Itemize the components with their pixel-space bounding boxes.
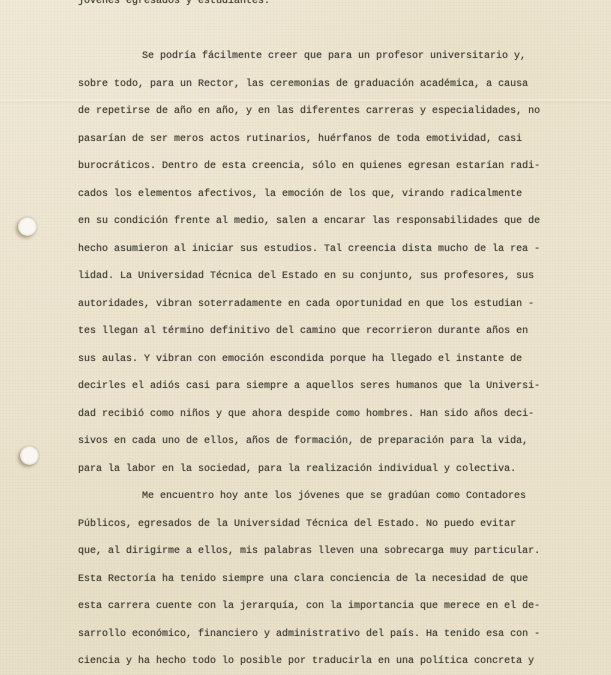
text-line: Públicos, egresados de la Universidad Té… <box>78 511 590 539</box>
text-line: que, al dirigirme a ellos, mis palabras … <box>78 538 590 566</box>
punch-hole-bottom <box>20 446 39 465</box>
text-line: sarrollo económico, financiero y adminis… <box>78 621 590 649</box>
punch-hole-top <box>18 217 37 236</box>
text-line: en su condición frente al medio, salen a… <box>78 208 590 236</box>
text-line: ciencia y ha hecho todo lo posible por t… <box>78 648 590 675</box>
text-line: lidad. La Universidad Técnica del Estado… <box>78 263 590 291</box>
text-line: Me encuentro hoy ante los jóvenes que se… <box>78 483 590 511</box>
text-line: Se podría fácilmente creer que para un p… <box>78 43 590 71</box>
text-line: dad recibió como niños y que ahora despi… <box>78 401 590 429</box>
text-line: autoridades, vibran soterradamente en ca… <box>78 291 590 319</box>
text-line: sivos en cada uno de ellos, años de form… <box>78 428 590 456</box>
text-line: decirles el adiós casi para siempre a aq… <box>78 373 590 401</box>
text-line: burocráticos. Dentro de esta creencia, s… <box>78 153 590 181</box>
text-line: tes llegan al término definitivo del cam… <box>78 318 590 346</box>
text-line: esta carrera cuente con la jerarquía, co… <box>78 593 590 621</box>
blank-line <box>78 16 590 44</box>
text-line: sus aulas. Y vibran con emoción escondid… <box>78 346 590 374</box>
text-line: cados los elementos afectivos, la emoció… <box>78 181 590 209</box>
typewritten-text: jóvenes egresados y estudiantes. Se podr… <box>78 0 590 675</box>
text-line: pasarían de ser meros actos rutinarios, … <box>78 126 590 154</box>
text-line-partial-top: jóvenes egresados y estudiantes. <box>78 0 590 16</box>
text-line: sobre todo, para un Rector, las ceremoni… <box>78 71 590 99</box>
text-line: Esta Rectoría ha tenido siempre una clar… <box>78 566 590 594</box>
text-line: de repetirse de año en año, y en las dif… <box>78 98 590 126</box>
text-line: hecho asumieron al iniciar sus estudios.… <box>78 236 590 264</box>
document-page: jóvenes egresados y estudiantes. Se podr… <box>0 0 611 675</box>
text-line: para la labor en la sociedad, para la re… <box>78 456 590 484</box>
